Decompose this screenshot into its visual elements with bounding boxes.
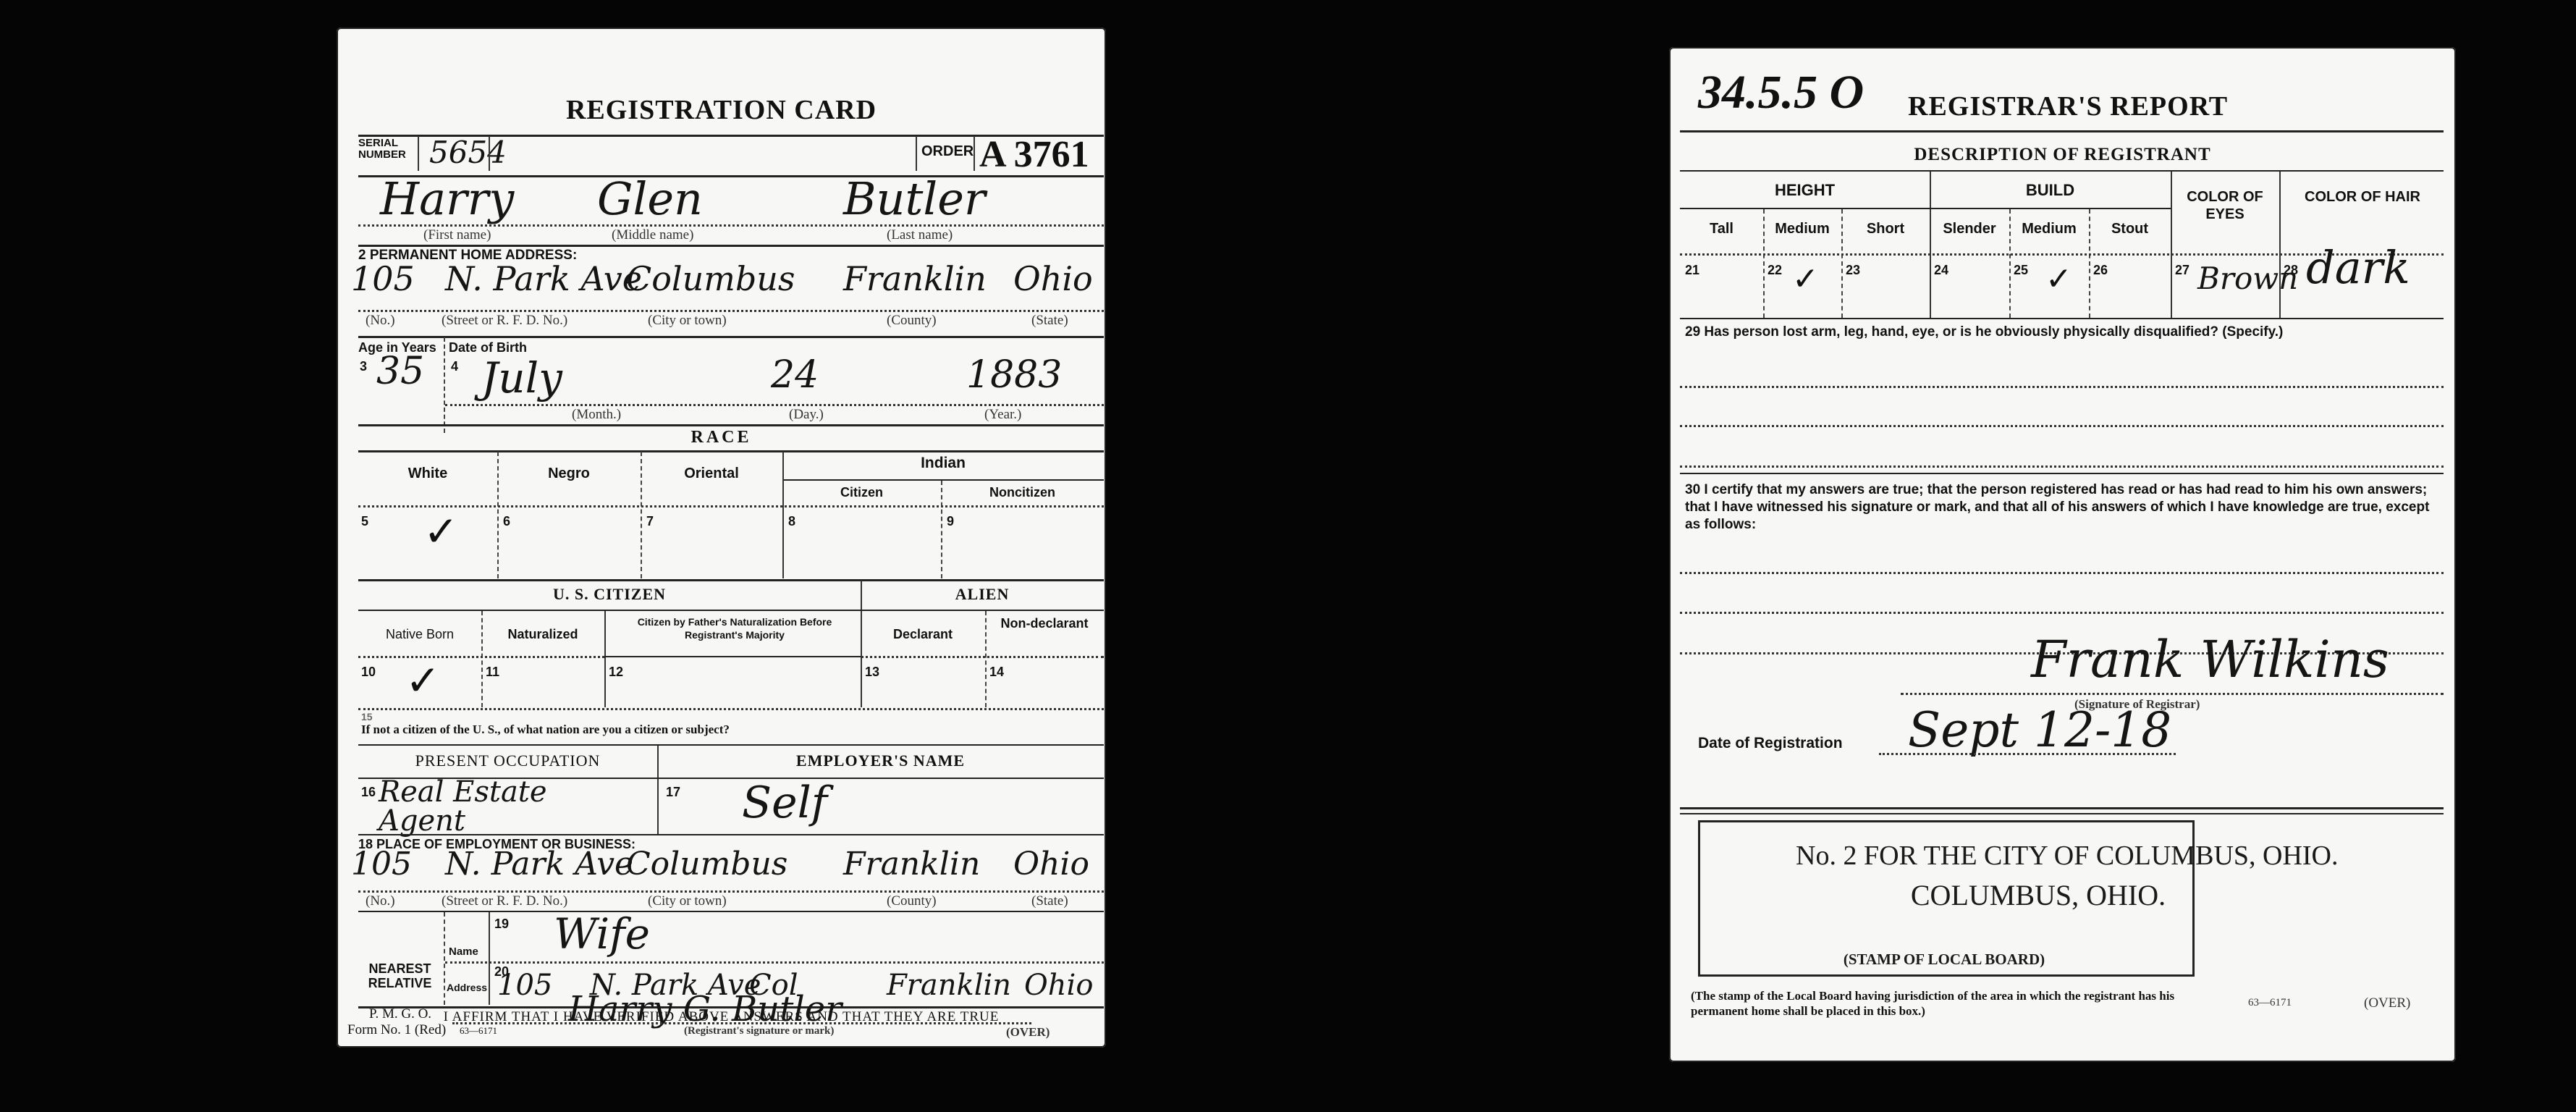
build-slender-label: Slender: [1930, 221, 2009, 237]
stamp-caption: (STAMP OF LOCAL BOARD): [1698, 951, 2190, 969]
citizen-by-father-label: Citizen by Father's Naturalization Befor…: [612, 615, 858, 641]
registrars-report-card-back: 34.5.5 O REGISTRAR'S REPORT DESCRIPTION …: [1669, 47, 2456, 1062]
field-no-22: 22: [1768, 263, 1782, 278]
employer-label: EMPLOYER'S NAME: [657, 751, 1104, 770]
dob-month-caption: (Month.): [572, 407, 621, 423]
affirmation-text: I AFFIRM THAT I HAVE VERIFIED ABOVE ANSW…: [337, 1009, 1106, 1025]
place-county-caption: (County): [887, 893, 937, 909]
middle-name: Glen: [597, 172, 703, 225]
place-county: Franklin: [843, 846, 980, 883]
place-street: N. Park Ave: [445, 846, 633, 883]
field-no-6: 6: [503, 514, 510, 529]
relative-name: Wife: [554, 909, 650, 959]
place-city-caption: (City or town): [648, 893, 727, 909]
first-name-caption: (First name): [423, 227, 491, 243]
height-medium-label: Medium: [1763, 221, 1841, 237]
us-citizen-heading: U. S. CITIZEN: [358, 585, 861, 604]
nearest-relative-label: NEAREST RELATIVE: [358, 961, 442, 990]
field-no-16: 16: [361, 785, 376, 800]
registrar-signature: Frank Wilkins: [2031, 630, 2389, 689]
age-field-no: 3: [360, 359, 367, 374]
dob-year-caption: (Year.): [984, 407, 1021, 423]
hair-color-value: dark: [2306, 241, 2410, 294]
serial-label: SERIAL NUMBER: [358, 138, 416, 161]
order-number: A 3761: [979, 133, 1089, 176]
home-address-state: Ohio: [1013, 259, 1093, 298]
race-white-label: White: [358, 466, 497, 482]
field-no-17: 17: [666, 785, 680, 800]
address-street-caption: (Street or R. F. D. No.): [442, 313, 567, 329]
dob-year: 1883: [966, 353, 1062, 397]
eye-color-value: Brown: [2197, 261, 2298, 296]
field-no-15: 15: [361, 711, 373, 723]
build-medium-checkmark: ✓: [2045, 261, 2072, 298]
native-born-label: Native Born: [358, 627, 481, 642]
home-address-street: N. Park Ave: [445, 259, 642, 298]
race-negro-label: Negro: [497, 466, 641, 482]
nation-question: If not a citizen of the U. S., of what n…: [361, 723, 730, 737]
back-over-label: (OVER): [2364, 995, 2410, 1011]
description-heading: DESCRIPTION OF REGISTRANT: [1669, 145, 2456, 165]
last-name: Butler: [843, 172, 986, 225]
relative-address-state: Ohio: [1024, 969, 1093, 1002]
stamp-line-1: No. 2 FOR THE CITY OF COLUMBUS, OHIO.: [1796, 840, 2339, 872]
eye-color-heading: COLOR OF EYES: [2171, 188, 2279, 223]
field-no-11: 11: [486, 665, 499, 680]
place-street-caption: (Street or R. F. D. No.): [442, 893, 567, 909]
height-heading: HEIGHT: [1680, 181, 1930, 200]
hair-color-heading: COLOR OF HAIR: [2279, 188, 2446, 206]
field-no-19: 19: [494, 917, 509, 932]
naturalized-label: Naturalized: [481, 627, 604, 642]
first-name: Harry: [380, 172, 514, 225]
field-no-5: 5: [361, 514, 368, 529]
date-of-registration-value: Sept 12-18: [1908, 702, 2171, 758]
age-value: 35: [376, 350, 424, 393]
serial-number: 5654: [429, 135, 507, 170]
race-indian-citizen-label: Citizen: [782, 485, 941, 500]
back-title: REGISTRAR'S REPORT: [1908, 90, 2228, 122]
last-name-caption: (Last name): [887, 227, 953, 243]
address-state-caption: (State): [1031, 313, 1068, 329]
stamp-line-2: COLUMBUS, OHIO.: [1886, 878, 2190, 912]
race-oriental-label: Oriental: [641, 466, 782, 482]
field-no-25: 25: [2014, 263, 2028, 278]
place-state-caption: (State): [1031, 893, 1068, 909]
relative-address-no: 105: [497, 969, 552, 1002]
place-no-caption: (No.): [366, 893, 395, 909]
field-no-7: 7: [646, 514, 654, 529]
native-born-checkmark: ✓: [405, 656, 441, 705]
alien-heading: ALIEN: [861, 585, 1104, 604]
occupation-value: Real Estate Agent: [379, 778, 581, 835]
race-white-checkmark: ✓: [423, 507, 459, 556]
question-29: 29 Has person lost arm, leg, hand, eye, …: [1685, 324, 2445, 341]
height-medium-checkmark: ✓: [1792, 261, 1819, 298]
occupation-label: PRESENT OCCUPATION: [358, 751, 657, 770]
race-indian-noncitizen-label: Noncitizen: [941, 485, 1104, 500]
question-30: 30 I certify that my answers are true; t…: [1685, 481, 2445, 534]
dob-day-caption: (Day.): [789, 407, 824, 423]
field-no-8: 8: [788, 514, 795, 529]
field-no-26: 26: [2093, 263, 2108, 278]
build-heading: BUILD: [1930, 181, 2171, 200]
relative-address-county: Franklin: [887, 969, 1011, 1002]
home-address-city: Columbus: [626, 259, 795, 298]
dob-month: July: [481, 353, 562, 403]
build-medium-label: Medium: [2009, 221, 2089, 237]
stamp-number: 34.5.5 O: [1698, 65, 1864, 120]
back-print-code: 63—6171: [2248, 997, 2292, 1009]
field-no-23: 23: [1846, 263, 1860, 278]
field-no-10: 10: [361, 665, 376, 680]
field-no-14: 14: [989, 665, 1004, 680]
declarant-label: Declarant: [861, 627, 985, 642]
race-heading: RACE: [337, 428, 1106, 447]
field-no-12: 12: [609, 665, 623, 680]
home-address-no: 105: [351, 259, 415, 298]
relative-address-street: N. Park Ave: [590, 969, 761, 1002]
order-label: ORDER: [921, 143, 974, 160]
date-of-registration-label: Date of Registration: [1698, 735, 1843, 752]
relative-address-label: Address: [447, 982, 487, 993]
registration-card-front: REGISTRATION CARD SERIAL NUMBER 5654 ORD…: [337, 28, 1106, 1048]
address-county-caption: (County): [887, 313, 937, 329]
relative-address-city: Col: [749, 969, 798, 1002]
place-city: Columbus: [626, 846, 787, 883]
field-no-24: 24: [1934, 263, 1948, 278]
field-no-13: 13: [865, 665, 879, 680]
stamp-instruction-note: (The stamp of the Local Board having jur…: [1691, 988, 2197, 1019]
race-indian-label: Indian: [782, 455, 1104, 472]
place-state: Ohio: [1013, 846, 1089, 883]
middle-name-caption: (Middle name): [612, 227, 693, 243]
dob-day: 24: [771, 353, 819, 397]
employer-value: Self: [742, 778, 827, 828]
height-tall-label: Tall: [1680, 221, 1763, 237]
field-no-21: 21: [1685, 263, 1699, 278]
height-short-label: Short: [1841, 221, 1930, 237]
address-no-caption: (No.): [366, 313, 395, 329]
dob-field-no: 4: [451, 359, 458, 374]
field-no-9: 9: [947, 514, 954, 529]
field-no-27: 27: [2175, 263, 2189, 278]
non-declarant-label: Non-declarant: [985, 615, 1104, 631]
card-title: REGISTRATION CARD: [337, 94, 1106, 126]
place-no: 105: [351, 846, 412, 883]
address-city-caption: (City or town): [648, 313, 727, 329]
build-stout-label: Stout: [2089, 221, 2171, 237]
relative-name-label: Name: [449, 945, 478, 958]
home-address-county: Franklin: [843, 259, 987, 298]
